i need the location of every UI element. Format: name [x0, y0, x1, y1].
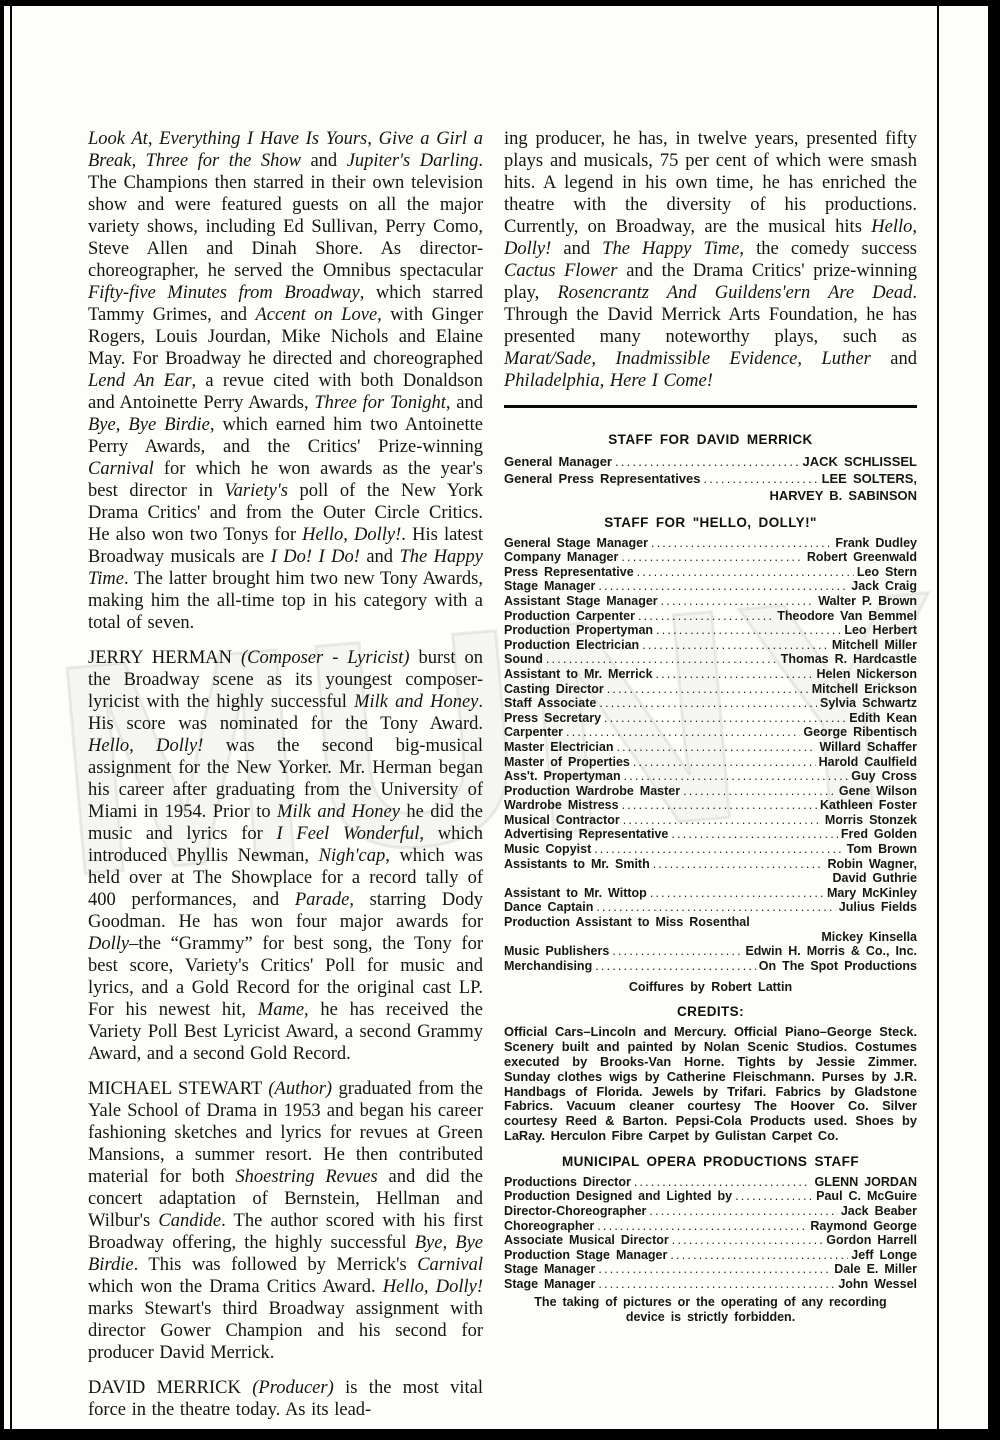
scan-edge-right	[988, 0, 1000, 1440]
scan-edge-left	[0, 0, 4, 1440]
scan-edge-top	[0, 0, 1000, 6]
page-border-frame	[10, 0, 939, 1440]
scan-edge-bottom	[0, 1429, 1000, 1440]
scanned-program-page: MUNY Look At, Everything I Have Is Yours…	[0, 0, 1000, 1440]
